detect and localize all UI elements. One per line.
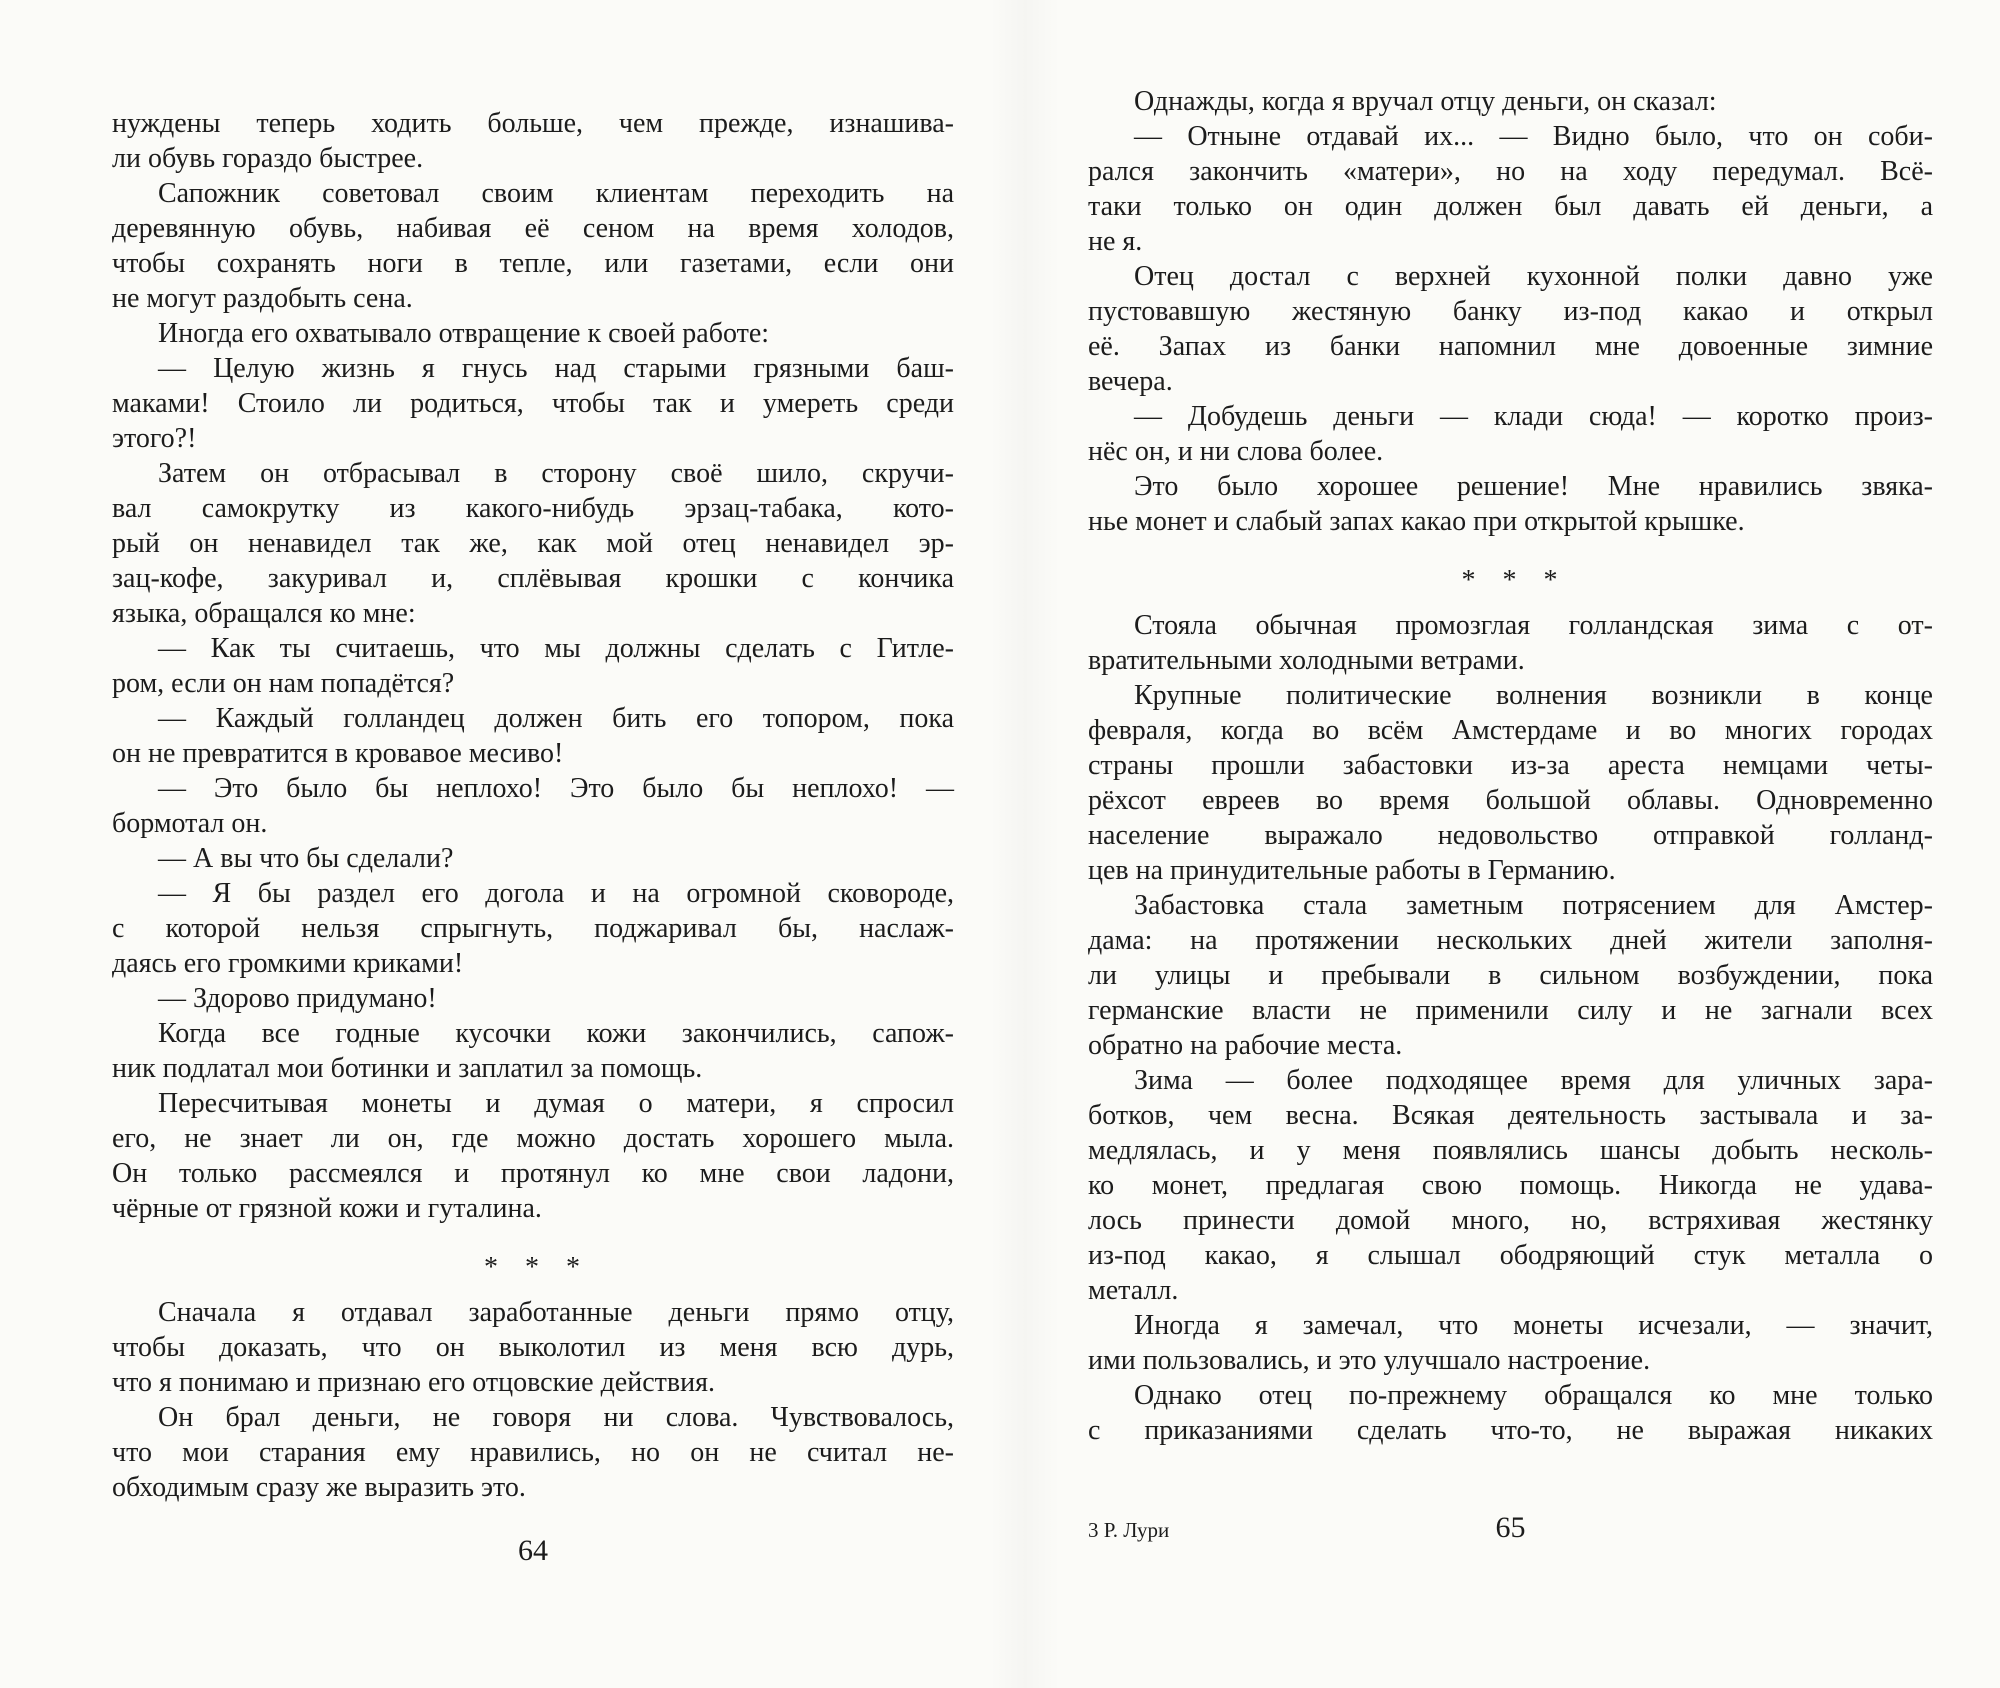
text-line: медлялась, и у меня появлялись шансы доб… (1088, 1133, 1933, 1168)
paragraph: Когда все годные кусочки кожи закончилис… (112, 1016, 954, 1086)
text-line: ко монет, предлагая свою помощь. Никогда… (1088, 1168, 1933, 1203)
page-left-text: нуждены теперь ходить больше, чем прежде… (112, 106, 954, 1505)
paragraph: Забастовка стала заметным потрясением дл… (1088, 888, 1933, 1063)
text-line: нёс он, и ни слова более. (1088, 434, 1933, 469)
text-line: рался закончить «матери», но на ходу пер… (1088, 154, 1933, 189)
text-line: цев на принудительные работы в Германию. (1088, 853, 1933, 888)
text-line: Сапожник советовал своим клиентам перехо… (112, 176, 954, 211)
section-separator: * * * (112, 1250, 954, 1285)
paragraph: Однако отец по-прежнему обращался ко мне… (1088, 1378, 1933, 1448)
paragraph: Иногда его охватывало отвращение к своей… (112, 316, 954, 351)
page-number-left: 64 (112, 1533, 954, 1568)
paragraph: — Я бы раздел его догола и на огромной с… (112, 876, 954, 981)
paragraph: — Это было бы неплохо! Это было бы непло… (112, 771, 954, 841)
text-line: рёхсот евреев во время большой облавы. О… (1088, 783, 1933, 818)
text-line: Затем он отбрасывал в сторону своё шило,… (112, 456, 954, 491)
section-separator: * * * (1088, 563, 1933, 598)
text-line: — Каждый голландец должен бить его топор… (112, 701, 954, 736)
page-left: нуждены теперь ходить больше, чем прежде… (112, 106, 954, 1568)
paragraph: Стояла обычная промозглая голландская зи… (1088, 608, 1933, 678)
text-line: февраля, когда во всём Амстердаме и во м… (1088, 713, 1933, 748)
text-line: с приказаниями сделать что-то, не выража… (1088, 1413, 1933, 1448)
text-line: что я понимаю и признаю его отцовские де… (112, 1365, 954, 1400)
text-line: не я. (1088, 224, 1933, 259)
text-line: ром, если он нам попадётся? (112, 666, 954, 701)
paragraph: Сначала я отдавал заработанные деньги пр… (112, 1295, 954, 1400)
text-line: Иногда я замечал, что монеты исчезали, —… (1088, 1308, 1933, 1343)
paragraph: — Здорово придумано! (112, 981, 954, 1016)
paragraph: нуждены теперь ходить больше, чем прежде… (112, 106, 954, 176)
text-line: Когда все годные кусочки кожи закончилис… (112, 1016, 954, 1051)
text-line: вратительными холодными ветрами. (1088, 643, 1933, 678)
paragraph: Затем он отбрасывал в сторону своё шило,… (112, 456, 954, 631)
text-line: металл. (1088, 1273, 1933, 1308)
page-gutter-shadow (990, 0, 1060, 1688)
text-line: чтобы сохранять ноги в тепле, или газета… (112, 246, 954, 281)
text-line: страны прошли забастовки из-за ареста не… (1088, 748, 1933, 783)
text-line: этого?! (112, 421, 954, 456)
text-line: он не превратится в кровавое месиво! (112, 736, 954, 771)
page-number-right: 65 (1088, 1508, 1933, 1548)
text-line: её. Запах из банки напомнил мне довоенны… (1088, 329, 1933, 364)
text-line: — Я бы раздел его догола и на огромной с… (112, 876, 954, 911)
text-line: — Здорово придумано! (112, 981, 954, 1016)
text-line: — Как ты считаешь, что мы должны сделать… (112, 631, 954, 666)
text-line: таки только он один должен был давать ей… (1088, 189, 1933, 224)
paragraph: Иногда я замечал, что монеты исчезали, —… (1088, 1308, 1933, 1378)
text-line: Он брал деньги, не говоря ни слова. Чувс… (112, 1400, 954, 1435)
paragraph: Пересчитывая монеты и думая о матери, я … (112, 1086, 954, 1226)
text-line: Однажды, когда я вручал отцу деньги, он … (1088, 84, 1933, 119)
text-line: Пересчитывая монеты и думая о матери, я … (112, 1086, 954, 1121)
text-line: лось принести домой много, но, встряхива… (1088, 1203, 1933, 1238)
text-line: бормотал он. (112, 806, 954, 841)
paragraph: Зима — более подходящее время для уличны… (1088, 1063, 1933, 1308)
paragraph: Однажды, когда я вручал отцу деньги, он … (1088, 84, 1933, 119)
printer-signature: 3 Р. Лури (1088, 1520, 1169, 1541)
text-line: с которой нельзя спрыгнуть, поджаривал б… (112, 911, 954, 946)
text-line: не могут раздобыть сена. (112, 281, 954, 316)
text-line: — Добудешь деньги — клади сюда! — коротк… (1088, 399, 1933, 434)
text-line: ли обувь гораздо быстрее. (112, 141, 954, 176)
page-right-footer: 3 Р. Лури 65 (1088, 1508, 1933, 1548)
paragraph: Отец достал с верхней кухонной полки дав… (1088, 259, 1933, 399)
text-line: Однако отец по-прежнему обращался ко мне… (1088, 1378, 1933, 1413)
page-right: Однажды, когда я вручал отцу деньги, он … (1088, 84, 1933, 1548)
text-line: вал самокрутку из какого-нибудь эрзац-та… (112, 491, 954, 526)
text-line: из-под какао, я слышал ободряющий стук м… (1088, 1238, 1933, 1273)
text-line: обходимым сразу же выразить это. (112, 1470, 954, 1505)
text-line: германские власти не применили силу и не… (1088, 993, 1933, 1028)
text-line: чёрные от грязной кожи и гуталина. (112, 1191, 954, 1226)
text-line: — Отныне отдавай их... — Видно было, что… (1088, 119, 1933, 154)
paragraph: Это было хорошее решение! Мне нравились … (1088, 469, 1933, 539)
text-line: Стояла обычная промозглая голландская зи… (1088, 608, 1933, 643)
text-line: — А вы что бы сделали? (112, 841, 954, 876)
text-line: ник подлатал мои ботинки и заплатил за п… (112, 1051, 954, 1086)
paragraph: Крупные политические волнения возникли в… (1088, 678, 1933, 888)
text-line: Сначала я отдавал заработанные деньги пр… (112, 1295, 954, 1330)
text-line: Он только рассмеялся и протянул ко мне с… (112, 1156, 954, 1191)
text-line: обратно на рабочие места. (1088, 1028, 1933, 1063)
paragraph: — Целую жизнь я гнусь над старыми грязны… (112, 351, 954, 456)
text-line: Забастовка стала заметным потрясением дл… (1088, 888, 1933, 923)
text-line: даясь его громкими криками! (112, 946, 954, 981)
text-line: ими пользовались, и это улучшало настрое… (1088, 1343, 1933, 1378)
text-line: — Целую жизнь я гнусь над старыми грязны… (112, 351, 954, 386)
paragraph: — Отныне отдавай их... — Видно было, что… (1088, 119, 1933, 259)
text-line: его, не знает ли он, где можно достать х… (112, 1121, 954, 1156)
text-line: деревянную обувь, набивая её сеном на вр… (112, 211, 954, 246)
paragraph: — А вы что бы сделали? (112, 841, 954, 876)
text-line: ли улицы и пребывали в сильном возбужден… (1088, 958, 1933, 993)
text-line: население выражало недовольство отправко… (1088, 818, 1933, 853)
text-line: нье монет и слабый запах какао при откры… (1088, 504, 1933, 539)
paragraph: — Добудешь деньги — клади сюда! — коротк… (1088, 399, 1933, 469)
page-right-text: Однажды, когда я вручал отцу деньги, он … (1088, 84, 1933, 1448)
text-line: что мои старания ему нравились, но он не… (112, 1435, 954, 1470)
paragraph: Он брал деньги, не говоря ни слова. Чувс… (112, 1400, 954, 1505)
text-line: ботков, чем весна. Всякая деятельность з… (1088, 1098, 1933, 1133)
text-line: чтобы доказать, что он выколотил из меня… (112, 1330, 954, 1365)
paragraph: — Каждый голландец должен бить его топор… (112, 701, 954, 771)
paragraph: Сапожник советовал своим клиентам перехо… (112, 176, 954, 316)
text-line: Крупные политические волнения возникли в… (1088, 678, 1933, 713)
text-line: маками! Стоило ли родиться, чтобы так и … (112, 386, 954, 421)
text-line: языка, обращался ко мне: (112, 596, 954, 631)
text-line: Зима — более подходящее время для уличны… (1088, 1063, 1933, 1098)
text-line: Отец достал с верхней кухонной полки дав… (1088, 259, 1933, 294)
text-line: нуждены теперь ходить больше, чем прежде… (112, 106, 954, 141)
text-line: Иногда его охватывало отвращение к своей… (112, 316, 954, 351)
text-line: — Это было бы неплохо! Это было бы непло… (112, 771, 954, 806)
text-line: вечера. (1088, 364, 1933, 399)
text-line: рый он ненавидел так же, как мой отец не… (112, 526, 954, 561)
text-line: пустовавшую жестяную банку из-под какао … (1088, 294, 1933, 329)
paragraph: — Как ты считаешь, что мы должны сделать… (112, 631, 954, 701)
text-line: зац-кофе, закуривал и, сплёвывая крошки … (112, 561, 954, 596)
text-line: Это было хорошее решение! Мне нравились … (1088, 469, 1933, 504)
text-line: дама: на протяжении нескольких дней жите… (1088, 923, 1933, 958)
book-spread: нуждены теперь ходить больше, чем прежде… (0, 0, 2000, 1688)
